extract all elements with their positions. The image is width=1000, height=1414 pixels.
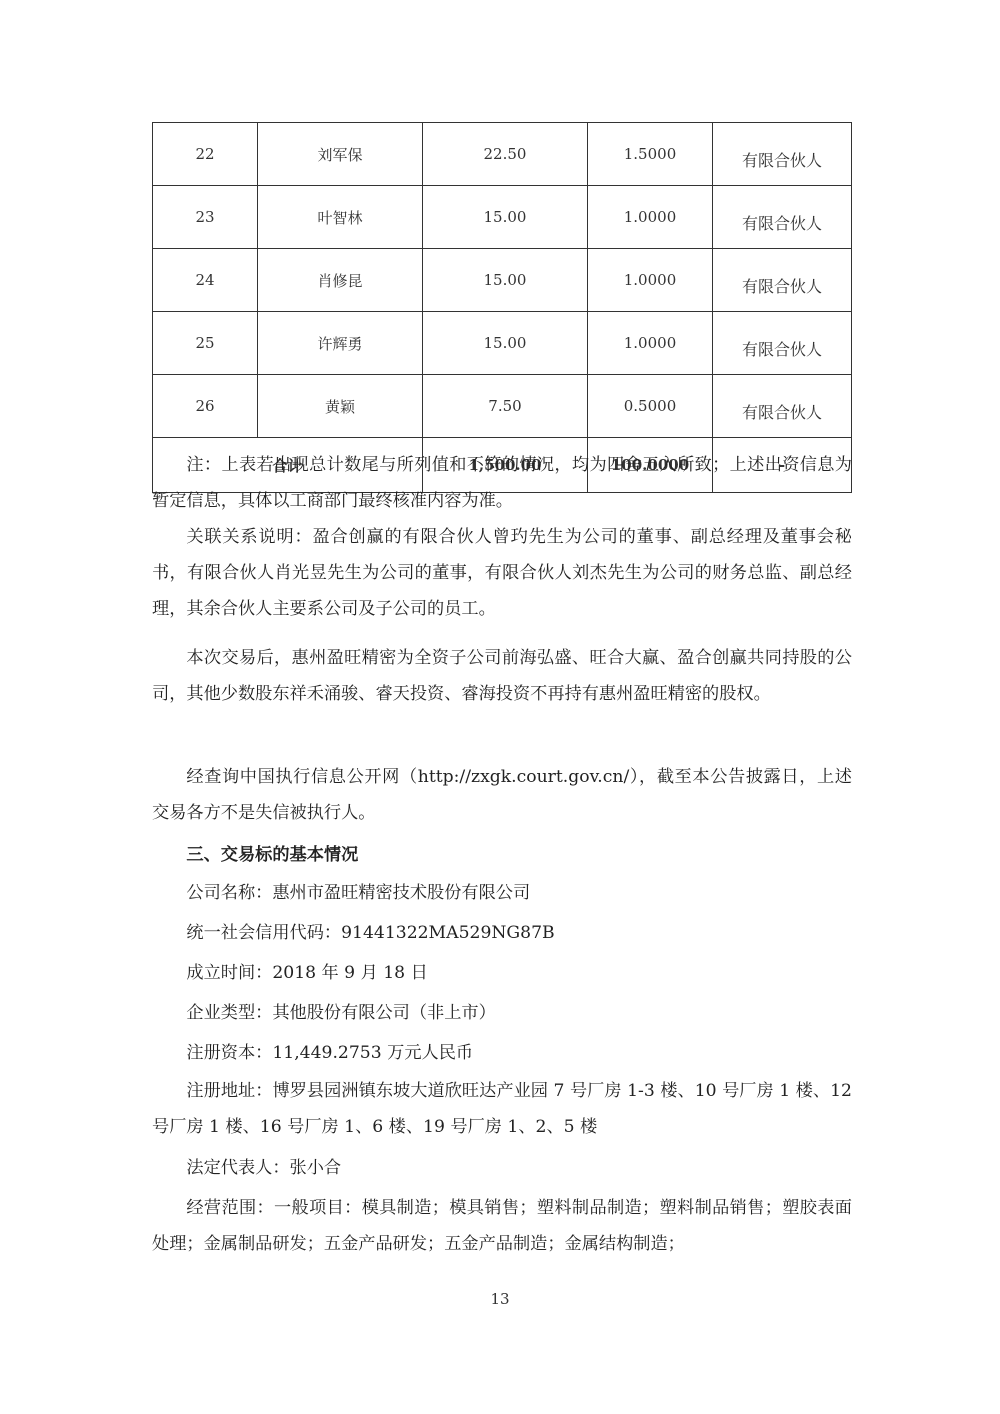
cell-name: 黄颖 (258, 375, 423, 438)
cell-ratio: 1.0000 (588, 312, 713, 375)
table-row: 24 肖修昆 15.00 1.0000 有限合伙人 (153, 249, 852, 312)
table-row: 25 许辉勇 15.00 1.0000 有限合伙人 (153, 312, 852, 375)
cell-amount: 15.00 (423, 186, 588, 249)
table-note: 注：上表若出现总计数尾与所列值和不符的情况，均为四舍五入所致；上述出资信息为暂定… (152, 448, 852, 520)
table-row: 22 刘军保 22.50 1.5000 有限合伙人 (153, 123, 852, 186)
cell-ratio: 0.5000 (588, 375, 713, 438)
registered-address: 注册地址：博罗县园洲镇东坡大道欣旺达产业园 7 号厂房 1-3 楼、10 号厂房… (152, 1074, 852, 1146)
section-heading: 三、交易标的基本情况 (152, 838, 852, 874)
company-type: 企业类型：其他股份有限公司（非上市） (152, 996, 852, 1032)
cell-ratio: 1.5000 (588, 123, 713, 186)
company-name: 公司名称：惠州市盈旺精密技术股份有限公司 (152, 876, 852, 912)
founded-date: 成立时间：2018 年 9 月 18 日 (152, 956, 852, 992)
inquiry-paragraph: 经查询中国执行信息公开网（http://zxgk.court.gov.cn/），… (152, 760, 852, 832)
cell-role: 有限合伙人 (713, 123, 852, 186)
cell-amount: 15.00 (423, 312, 588, 375)
table-row: 23 叶智林 15.00 1.0000 有限合伙人 (153, 186, 852, 249)
cell-name: 许辉勇 (258, 312, 423, 375)
cell-role: 有限合伙人 (713, 249, 852, 312)
credit-code: 统一社会信用代码：91441322MA529NG87B (152, 916, 852, 952)
table-row: 26 黄颖 7.50 0.5000 有限合伙人 (153, 375, 852, 438)
relation-paragraph: 关联关系说明：盈合创赢的有限合伙人曾玓先生为公司的董事、副总经理及董事会秘书，有… (152, 520, 852, 627)
legal-representative: 法定代表人：张小合 (152, 1151, 852, 1187)
cell-name: 叶智林 (258, 186, 423, 249)
after-trade-paragraph: 本次交易后，惠州盈旺精密为全资子公司前海弘盛、旺合大赢、盈合创赢共同持股的公司，… (152, 641, 852, 713)
cell-name: 刘军保 (258, 123, 423, 186)
cell-amount: 22.50 (423, 123, 588, 186)
cell-ratio: 1.0000 (588, 249, 713, 312)
shareholder-table: 22 刘军保 22.50 1.5000 有限合伙人 23 叶智林 15.00 1… (152, 122, 852, 493)
cell-role: 有限合伙人 (713, 375, 852, 438)
cell-role: 有限合伙人 (713, 186, 852, 249)
cell-name: 肖修昆 (258, 249, 423, 312)
cell-no: 23 (153, 186, 258, 249)
cell-amount: 7.50 (423, 375, 588, 438)
cell-no: 26 (153, 375, 258, 438)
cell-amount: 15.00 (423, 249, 588, 312)
cell-no: 22 (153, 123, 258, 186)
page-number: 13 (0, 1290, 1000, 1308)
business-scope: 经营范围：一般项目：模具制造；模具销售；塑料制品制造；塑料制品销售；塑胶表面处理… (152, 1191, 852, 1263)
cell-role: 有限合伙人 (713, 312, 852, 375)
cell-no: 24 (153, 249, 258, 312)
registered-capital: 注册资本：11,449.2753 万元人民币 (152, 1036, 852, 1072)
cell-no: 25 (153, 312, 258, 375)
cell-ratio: 1.0000 (588, 186, 713, 249)
